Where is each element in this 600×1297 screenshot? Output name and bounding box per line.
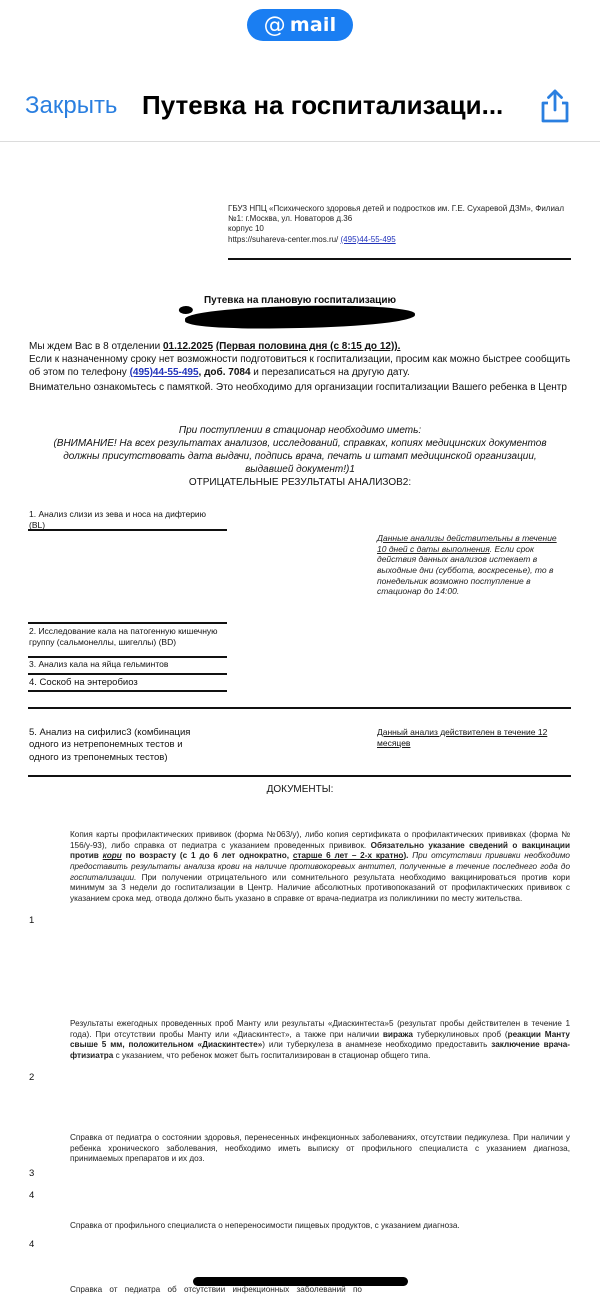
brand-name: mail <box>290 14 336 36</box>
close-button[interactable]: Закрыть <box>25 92 117 120</box>
table-rule <box>28 690 227 692</box>
table-rule <box>28 622 227 624</box>
document-item-3-text: Справка от педиатра о состоянии здоровья… <box>70 1133 570 1165</box>
doc2-text-c: ) или туберкулеза в анамнезе необходимо … <box>262 1040 491 1049</box>
phone-extension: , доб. 7084 <box>199 367 251 378</box>
header-phone-link[interactable]: (495)44-55-495 <box>341 235 396 244</box>
org-name-line: ГБУЗ НПЦ «Психического здоровья детей и … <box>228 204 588 214</box>
table-rule <box>28 775 571 777</box>
reschedule-suffix: и перезаписаться на другую дату. <box>251 367 410 378</box>
org-building-line: корпус 10 <box>228 224 588 234</box>
attachment-title: Путевка на госпитализаци... <box>142 90 512 121</box>
documents-heading: ДОКУМЕНТЫ: <box>0 783 600 796</box>
doc2-text-d: с указанием, что ребенок может быть госп… <box>113 1051 430 1060</box>
wait-prefix: Мы ждем Вас в 8 отделении <box>29 341 163 352</box>
doc2-text-b: туберкулиновых проб ( <box>413 1030 508 1039</box>
doc1-bold-b: по возрасту (с 1 до 6 лет однократно, <box>122 851 293 860</box>
document-item-4-text: Справка от профильного специалиста о неп… <box>70 1221 570 1232</box>
document-item-1-number: 1 <box>29 915 34 927</box>
at-sign-icon: @ <box>264 13 286 38</box>
document-item-2-text: Результаты ежегодных проведенных проб Ма… <box>70 1019 570 1062</box>
admission-notice: При поступлении в стационар необходимо и… <box>40 424 560 476</box>
document-item-1-text: Копия карты профилактических прививок (ф… <box>70 830 570 905</box>
test-item-4: 4. Соскоб на энтеробиоз <box>29 677 224 689</box>
navigation-bar: Закрыть Путевка на госпитализаци... <box>0 70 600 142</box>
document-item-3-number: 3 <box>29 1168 34 1180</box>
test-item-5: 5. Анализ на сифилис3 (комбинация одного… <box>29 727 214 764</box>
intro-phone-link[interactable]: (495)44-55-495 <box>130 367 199 378</box>
document-item-2-number: 2 <box>29 1072 34 1084</box>
org-contacts-line: https://suhareva-center.mos.ru/ (495)44-… <box>228 235 588 245</box>
doc1-measles: кори <box>103 851 122 860</box>
test-item-2: 2. Исследование кала на патогенную кишеч… <box>29 626 224 647</box>
header-divider <box>228 258 571 260</box>
document-item-5-text: Справка от педиатра об отсутствии инфекц… <box>70 1285 390 1296</box>
table-rule <box>28 673 227 675</box>
doc1-bold-c: ). <box>403 851 412 860</box>
document-item-4-number-a: 4 <box>29 1190 34 1202</box>
redaction-bar-home-indicator <box>193 1277 408 1286</box>
admission-notice-line2: (ВНИМАНИЕ! На всех результатах анализов,… <box>40 437 560 476</box>
doc2-bold-a: виража <box>383 1030 413 1039</box>
organization-header: ГБУЗ НПЦ «Психического здоровья детей и … <box>228 204 588 245</box>
table-rule <box>28 529 227 531</box>
document-viewer[interactable]: ГБУЗ НПЦ «Психического здоровья детей и … <box>0 143 600 1297</box>
test-item-3: 3. Анализ кала на яйца гельминтов <box>29 659 224 670</box>
table-rule <box>28 656 227 658</box>
mail-brand-logo: @ mail <box>247 9 353 41</box>
test-item-1: 1. Анализ слизи из зева и носа на дифтер… <box>29 509 224 530</box>
redacted-patient-name <box>185 304 415 330</box>
table-rule <box>28 707 571 709</box>
appointment-date: 01.12.2025 <box>163 341 213 352</box>
share-icon <box>538 88 572 124</box>
doc1-text-b: При получении отрицательного или сомните… <box>70 873 570 903</box>
website-text: https://suhareva-center.mos.ru/ <box>228 235 338 244</box>
memo-paragraph: Внимательно ознакомьтесь с памяткой. Это… <box>29 381 574 394</box>
validity-note-12-months: Данный анализ действителен в течение 12 … <box>377 727 572 748</box>
validity-note-10-days: Данные анализы действительны в течение 1… <box>377 533 562 597</box>
appointment-time: (Первая половина дня (с 8:15 до 12)). <box>216 341 401 352</box>
appointment-paragraph: Мы ждем Вас в 8 отделении 01.12.2025 (Пе… <box>29 340 574 379</box>
admission-notice-line1: При поступлении в стационар необходимо и… <box>40 424 560 437</box>
document-item-4-number-b: 4 <box>29 1239 34 1251</box>
share-button[interactable] <box>538 88 572 124</box>
doc1-bold-underlined: старше 6 лет – 2-х кратно <box>293 851 404 860</box>
tests-heading: ОТРИЦАТЕЛЬНЫЕ РЕЗУЛЬТАТЫ АНАЛИЗОВ2: <box>0 476 600 489</box>
org-address-line: №1: г.Москва, ул. Новаторов д.36 <box>228 214 588 224</box>
